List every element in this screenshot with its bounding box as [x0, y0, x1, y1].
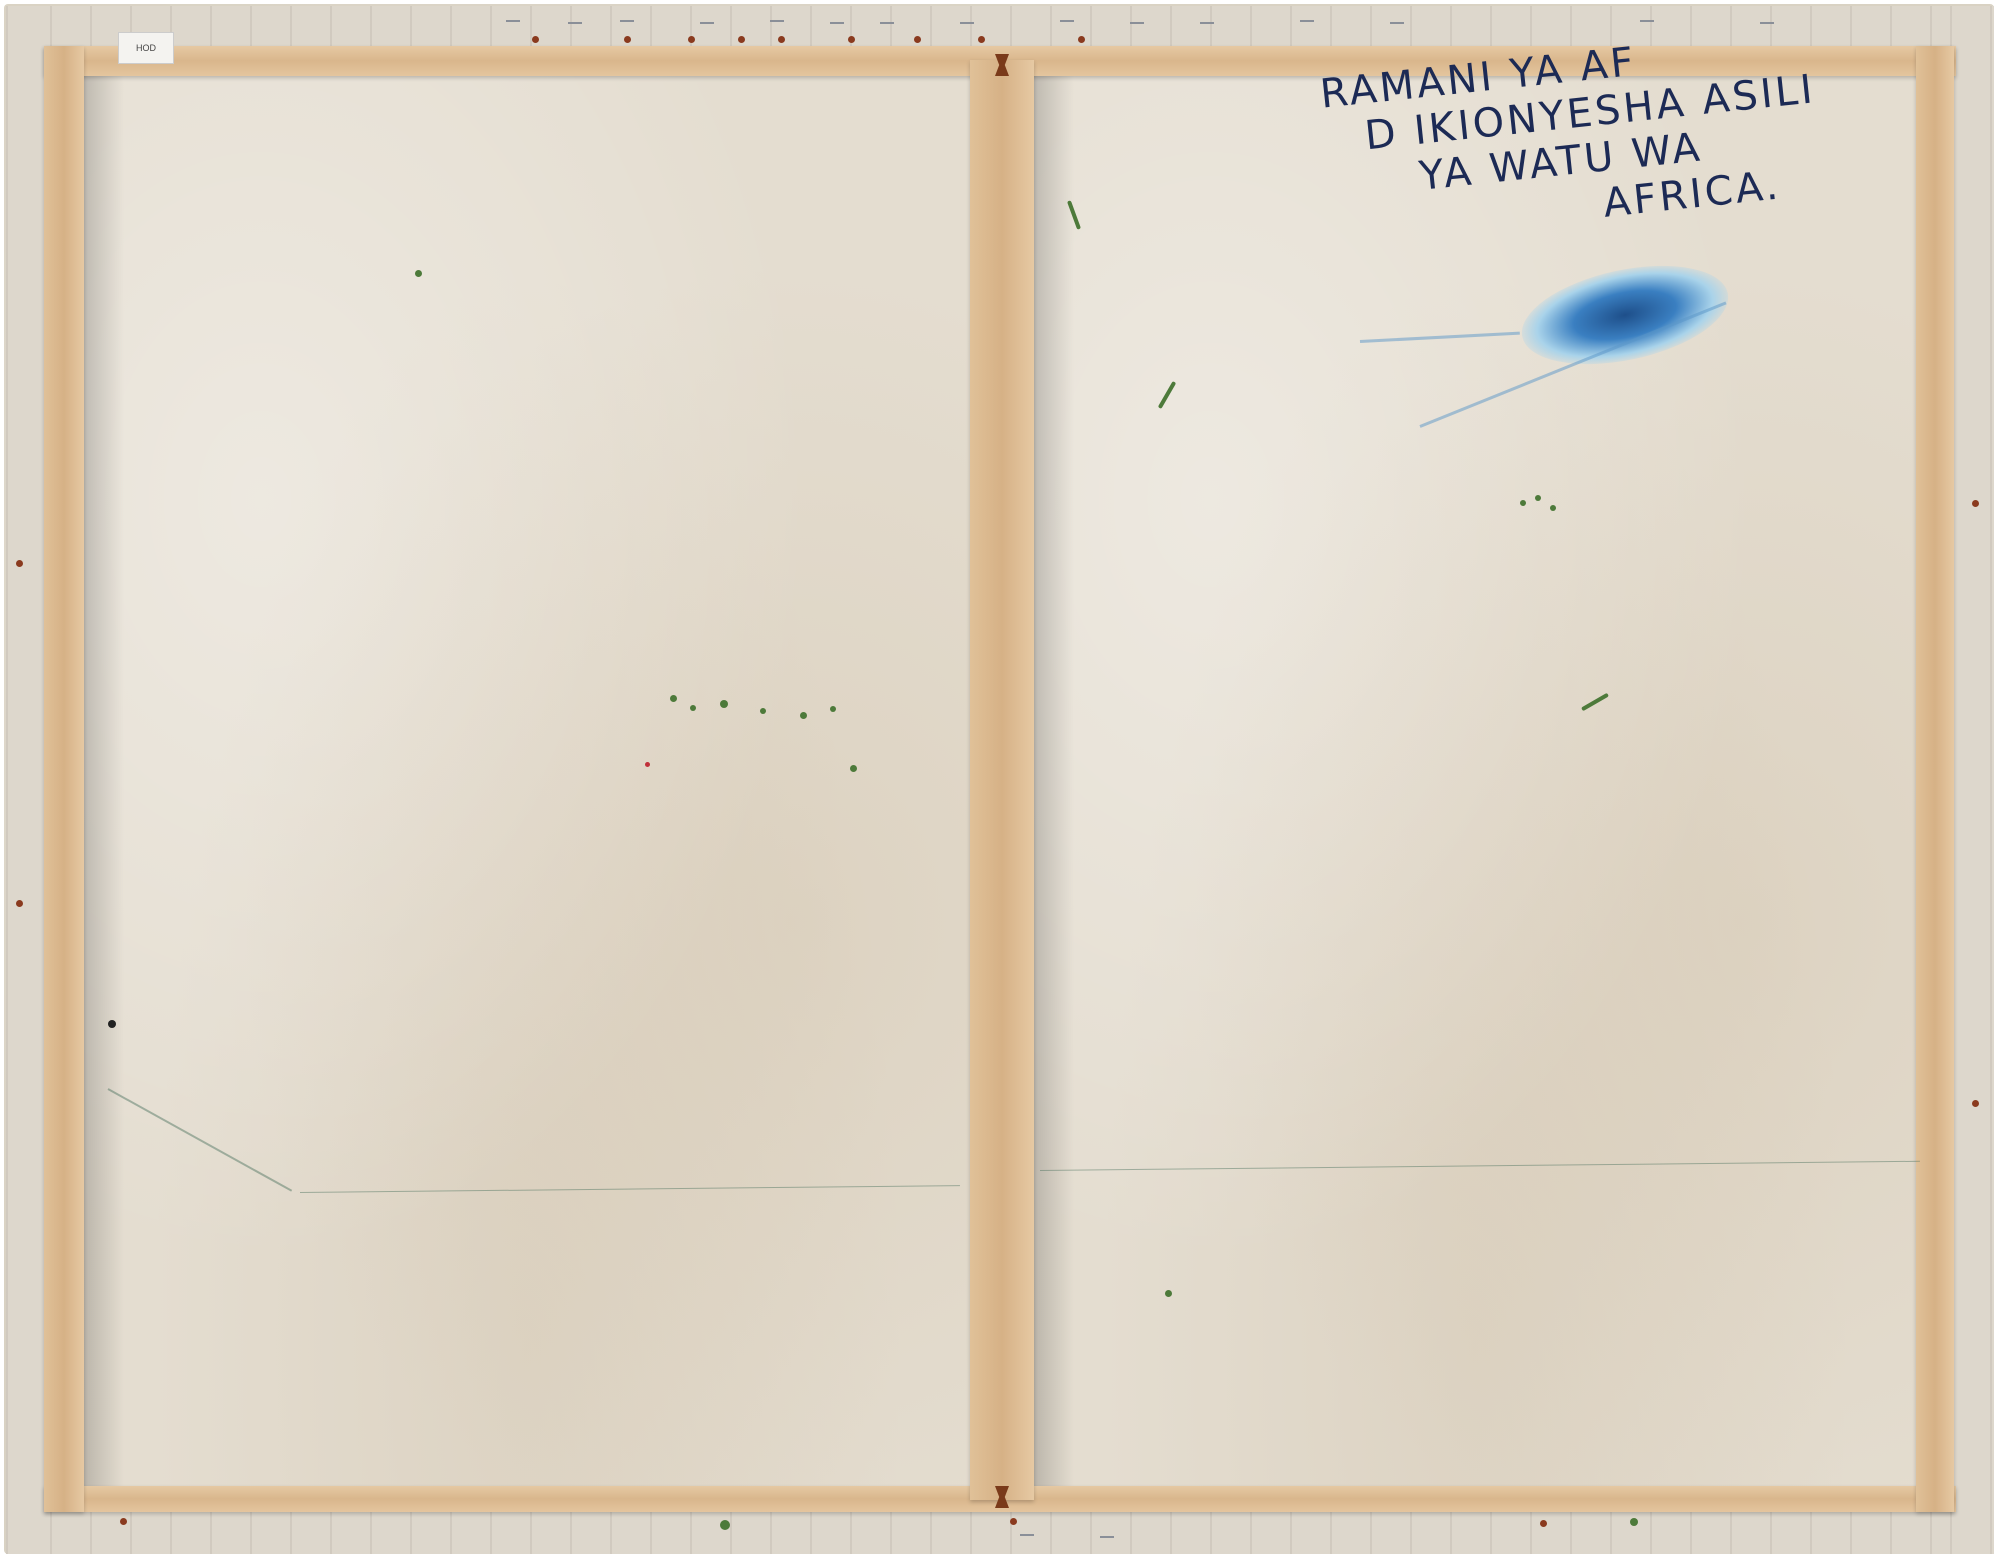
- staple: [506, 20, 520, 22]
- green-paint-splatter: [415, 270, 422, 277]
- right-canvas-panel: [1034, 76, 1916, 1486]
- tack: [120, 1518, 127, 1525]
- green-paint-splatter: [690, 705, 696, 711]
- green-paint-splatter: [850, 765, 857, 772]
- tack: [738, 36, 745, 43]
- staple: [1300, 20, 1314, 22]
- tack: [16, 900, 23, 907]
- bottom-fold-edge: [10, 1510, 1988, 1554]
- green-paint-splatter: [670, 695, 677, 702]
- tack: [16, 560, 23, 567]
- tack: [688, 36, 695, 43]
- left-stretcher-bar: [44, 46, 84, 1512]
- tack: [1010, 1518, 1017, 1525]
- green-paint-splatter: [720, 700, 728, 708]
- staple: [830, 22, 844, 24]
- green-paint-splatter: [1520, 500, 1526, 506]
- center-crossbar: [970, 60, 1034, 1500]
- tack: [1972, 1100, 1979, 1107]
- staple: [1100, 1536, 1114, 1538]
- inventory-label-text: HOD: [136, 43, 156, 53]
- right-stretcher-bar: [1916, 46, 1954, 1512]
- tack: [848, 36, 855, 43]
- staple: [1020, 1534, 1034, 1536]
- green-paint-splatter: [1550, 505, 1556, 511]
- staple: [960, 22, 974, 24]
- left-fold-edge: [6, 6, 46, 1554]
- staple: [1640, 20, 1654, 22]
- green-paint-splatter: [800, 712, 807, 719]
- red-paint-dot: [645, 762, 650, 767]
- staple: [1060, 20, 1074, 22]
- tack: [1078, 36, 1085, 43]
- green-paint-splatter: [1165, 1290, 1172, 1297]
- green-paint-splatter: [760, 708, 766, 714]
- staple: [1760, 22, 1774, 24]
- panel-shadow: [1034, 76, 1074, 1486]
- staple: [1390, 22, 1404, 24]
- green-paint-splatter: [830, 706, 836, 712]
- tack: [914, 36, 921, 43]
- staple: [770, 20, 784, 22]
- right-fold-edge: [1950, 6, 1994, 1554]
- green-paint-splatter: [1535, 495, 1541, 501]
- staple: [880, 22, 894, 24]
- staple: [700, 22, 714, 24]
- tack: [1972, 500, 1979, 507]
- tack: [624, 36, 631, 43]
- tack: [1540, 1520, 1547, 1527]
- left-canvas-panel: [84, 76, 970, 1486]
- panel-shadow: [84, 76, 124, 1486]
- staple: [568, 22, 582, 24]
- staple: [1130, 22, 1144, 24]
- tack: [532, 36, 539, 43]
- staple: [620, 20, 634, 22]
- green-paint-splatter: [720, 1520, 730, 1530]
- green-paint-splatter: [108, 1020, 116, 1028]
- tack: [778, 36, 785, 43]
- tack: [978, 36, 985, 43]
- inventory-label: HOD: [118, 32, 174, 64]
- staple: [1200, 22, 1214, 24]
- green-paint-splatter: [1630, 1518, 1638, 1526]
